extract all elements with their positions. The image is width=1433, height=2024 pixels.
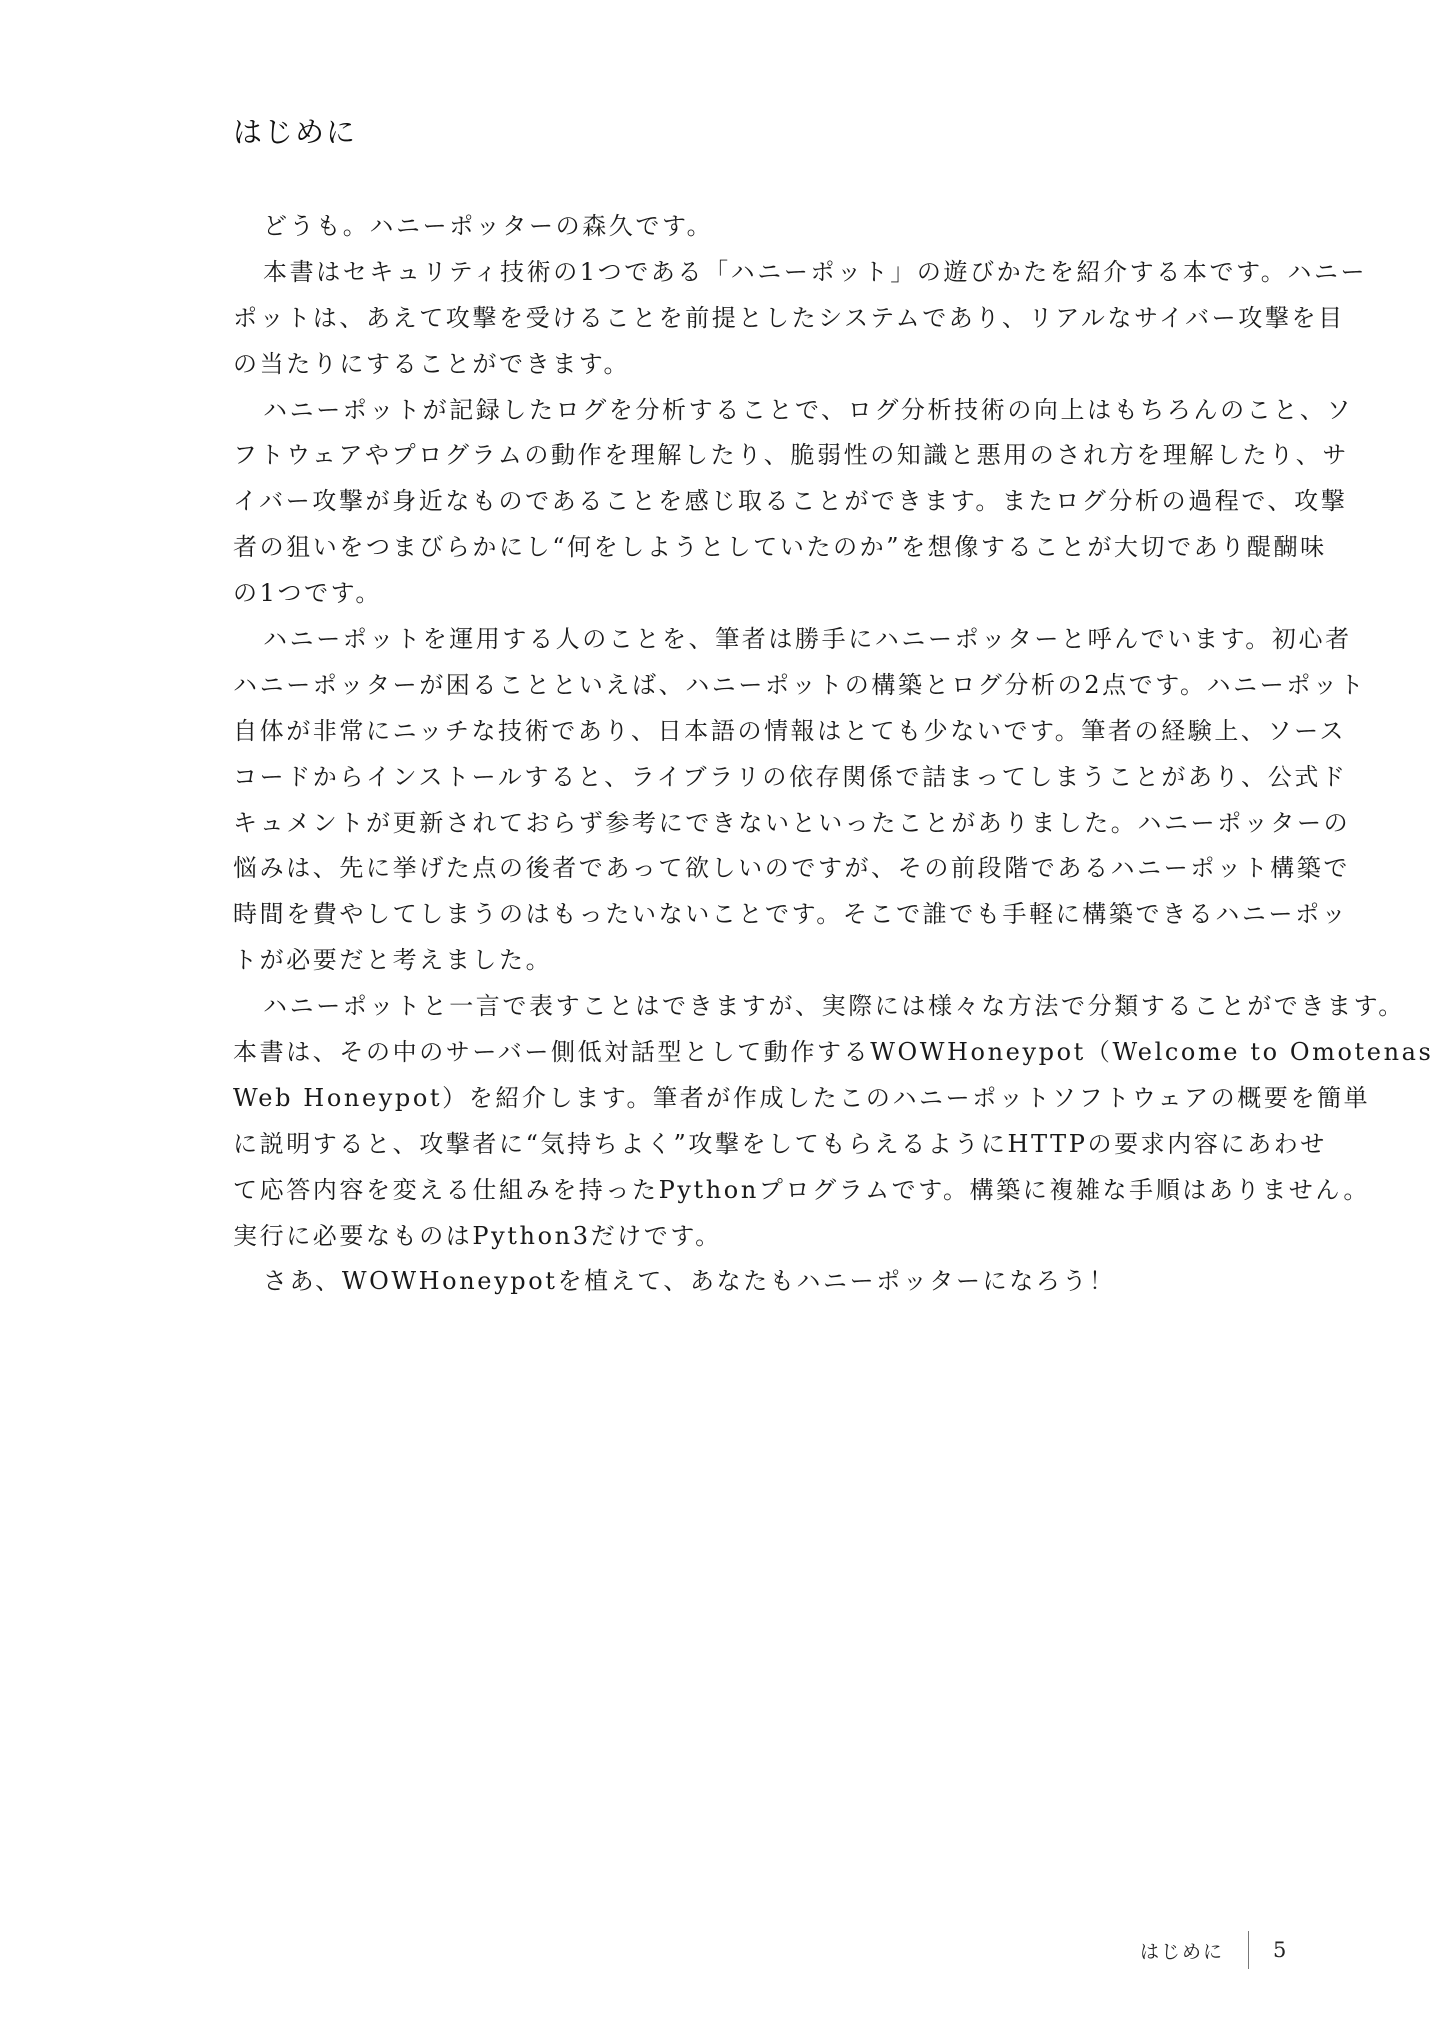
body-text: どうも。ハニーポッターの森久です。 本書はセキュリティ技術の1つである「ハニーポ… (233, 204, 1311, 1305)
text-line: 実行に必要なものはPython3だけです。 (233, 1214, 1311, 1260)
text-line: て応答内容を変える仕組みを持ったPythonプログラムです。構築に複雑な手順はあ… (233, 1168, 1311, 1214)
paragraph-honeypotter: ハニーポットを運用する人のことを、筆者は勝手にハニーポッターと呼んでいます。初心… (233, 617, 1311, 984)
footer-divider (1248, 1931, 1249, 1969)
text-line: どうも。ハニーポッターの森久です。 (233, 204, 1311, 250)
paragraph-closing: さあ、WOWHoneypotを植えて、あなたもハニーポッターになろう！ (233, 1259, 1311, 1305)
text-line: コードからインストールすると、ライブラリの依存関係で詰まってしまうことがあり、公… (233, 755, 1311, 801)
paragraph-log-analysis: ハニーポットが記録したログを分析することで、ログ分析技術の向上はもちろんのこと、… (233, 388, 1311, 617)
text-line: フトウェアやプログラムの動作を理解したり、脆弱性の知識と悪用のされ方を理解したり… (233, 433, 1311, 479)
text-line: 時間を費やしてしまうのはもったいないことです。そこで誰でも手軽に構築できるハニー… (233, 892, 1311, 938)
text-line: ハニーポッターが困ることといえば、ハニーポットの構築とログ分析の2点です。ハニー… (233, 663, 1311, 709)
text-line: ハニーポットを運用する人のことを、筆者は勝手にハニーポッターと呼んでいます。初心… (233, 617, 1311, 663)
text-line: 本書は、その中のサーバー側低対話型として動作するWOWHoneypot（Welc… (233, 1030, 1311, 1076)
text-line: トが必要だと考えました。 (233, 938, 1311, 984)
text-line: キュメントが更新されておらず参考にできないといったことがありました。ハニーポッタ… (233, 801, 1311, 847)
page-title: はじめに (233, 112, 357, 152)
text-line: ハニーポットと一言で表すことはできますが、実際には様々な方法で分類することができ… (233, 984, 1311, 1030)
paragraph-greeting: どうも。ハニーポッターの森久です。 (233, 204, 1311, 250)
text-line: ハニーポットが記録したログを分析することで、ログ分析技術の向上はもちろんのこと、… (233, 388, 1311, 434)
paragraph-book-intro: 本書はセキュリティ技術の1つである「ハニーポット」の遊びかたを紹介する本です。ハ… (233, 250, 1311, 388)
running-footer-title: はじめに (1140, 1937, 1224, 1964)
paragraph-wowhoneypot: ハニーポットと一言で表すことはできますが、実際には様々な方法で分類することができ… (233, 984, 1311, 1259)
text-line: Web Honeypot）を紹介します。筆者が作成したこのハニーポットソフトウェ… (233, 1076, 1311, 1122)
text-line: の当たりにすることができます。 (233, 342, 1311, 388)
text-line: 者の狙いをつまびらかにし“何をしようとしていたのか”を想像することが大切であり醍… (233, 525, 1311, 571)
page-footer: はじめに 5 (1140, 1930, 1286, 1970)
document-page: はじめに どうも。ハニーポッターの森久です。 本書はセキュリティ技術の1つである… (0, 0, 1433, 2024)
text-line: 本書はセキュリティ技術の1つである「ハニーポット」の遊びかたを紹介する本です。ハ… (233, 250, 1311, 296)
text-line: に説明すると、攻撃者に“気持ちよく”攻撃をしてもらえるようにHTTPの要求内容に… (233, 1122, 1311, 1168)
page-number: 5 (1273, 1938, 1286, 1962)
text-line: 自体が非常にニッチな技術であり、日本語の情報はとても少ないです。筆者の経験上、ソ… (233, 709, 1311, 755)
text-line: イバー攻撃が身近なものであることを感じ取ることができます。またログ分析の過程で、… (233, 479, 1311, 525)
text-line: さあ、WOWHoneypotを植えて、あなたもハニーポッターになろう！ (233, 1259, 1311, 1305)
text-line: の1つです。 (233, 571, 1311, 617)
text-line: 悩みは、先に挙げた点の後者であって欲しいのですが、その前段階であるハニーポット構… (233, 846, 1311, 892)
text-line: ポットは、あえて攻撃を受けることを前提としたシステムであり、リアルなサイバー攻撃… (233, 296, 1311, 342)
